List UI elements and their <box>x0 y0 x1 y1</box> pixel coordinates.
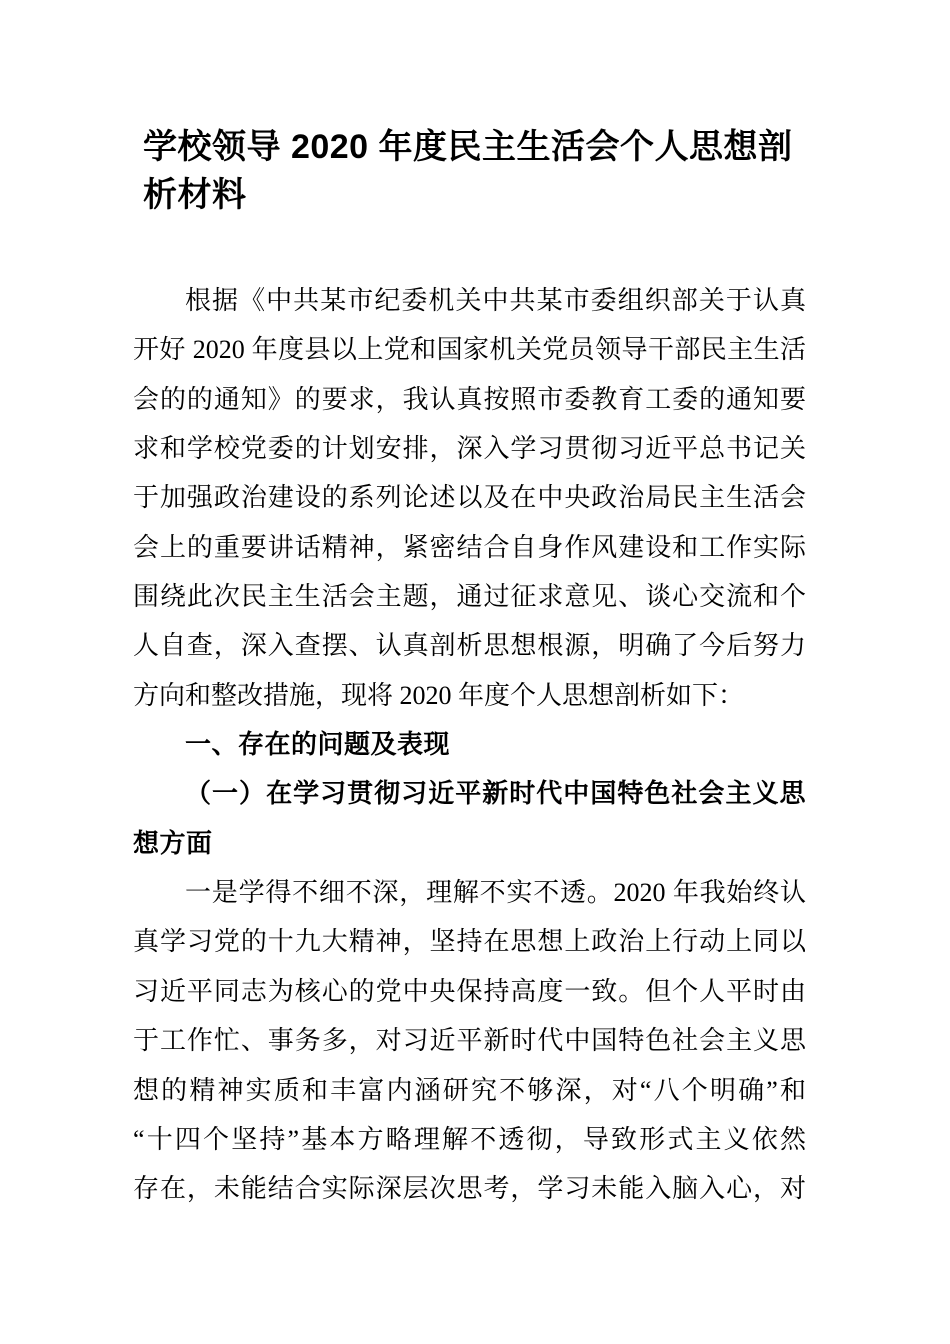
body-text-line: 习近平同志为核心的党中央保持高度一致。但个人平时由 <box>133 967 806 1016</box>
body-text-line: 真学习党的十九大精神，坚持在思想上政治上行动上同以 <box>133 917 806 966</box>
document-body: 根据《中共某市纪委机关中共某市委组织部关于认真开好 2020 年度县以上党和国家… <box>133 276 806 1214</box>
heading-line: 想方面 <box>133 819 806 868</box>
body-text-line: 想的精神实质和丰富内涵研究不够深，对“八个明确”和 <box>133 1066 806 1115</box>
document-title-line: 学校领导 2020 年度民主生活会个人思想剖 <box>133 123 823 171</box>
body-text-line: 求和学校党委的计划安排，深入学习贯彻习近平总书记关 <box>133 424 806 473</box>
body-text-line: 于工作忙、事务多，对习近平新时代中国特色社会主义思 <box>133 1016 806 1065</box>
body-text-line: “十四个坚持”基本方略理解不透彻，导致形式主义依然 <box>133 1115 806 1164</box>
body-text-line: 根据《中共某市纪委机关中共某市委组织部关于认真 <box>133 276 806 325</box>
body-text-line: 于加强政治建设的系列论述以及在中央政治局民主生活会 <box>133 473 806 522</box>
body-text-line: 方向和整改措施，现将 2020 年度个人思想剖析如下： <box>133 671 806 720</box>
body-text-line: 一是学得不细不深，理解不实不透。2020 年我始终认 <box>133 868 806 917</box>
body-text-line: 围绕此次民主生活会主题，通过征求意见、谈心交流和个 <box>133 572 806 621</box>
body-text-line: 会的的通知》的要求，我认真按照市委教育工委的通知要 <box>133 375 806 424</box>
body-text-line: 会上的重要讲话精神，紧密结合自身作风建设和工作实际 <box>133 523 806 572</box>
document-page: 学校领导 2020 年度民主生活会个人思想剖析材料 根据《中共某市纪委机关中共某… <box>0 0 950 1344</box>
body-text-line: 开好 2020 年度县以上党和国家机关党员领导干部民主生活 <box>133 325 806 374</box>
document-title: 学校领导 2020 年度民主生活会个人思想剖析材料 <box>133 123 823 219</box>
heading-line: （一）在学习贯彻习近平新时代中国特色社会主义思 <box>133 769 806 818</box>
body-text-line: 存在，未能结合实际深层次思考，学习未能入脑入心，对 <box>133 1164 806 1213</box>
body-text-line: 人自查，深入查摆、认真剖析思想根源，明确了今后努力 <box>133 621 806 670</box>
document-title-line: 析材料 <box>133 171 823 219</box>
heading-line: 一、存在的问题及表现 <box>133 720 806 769</box>
